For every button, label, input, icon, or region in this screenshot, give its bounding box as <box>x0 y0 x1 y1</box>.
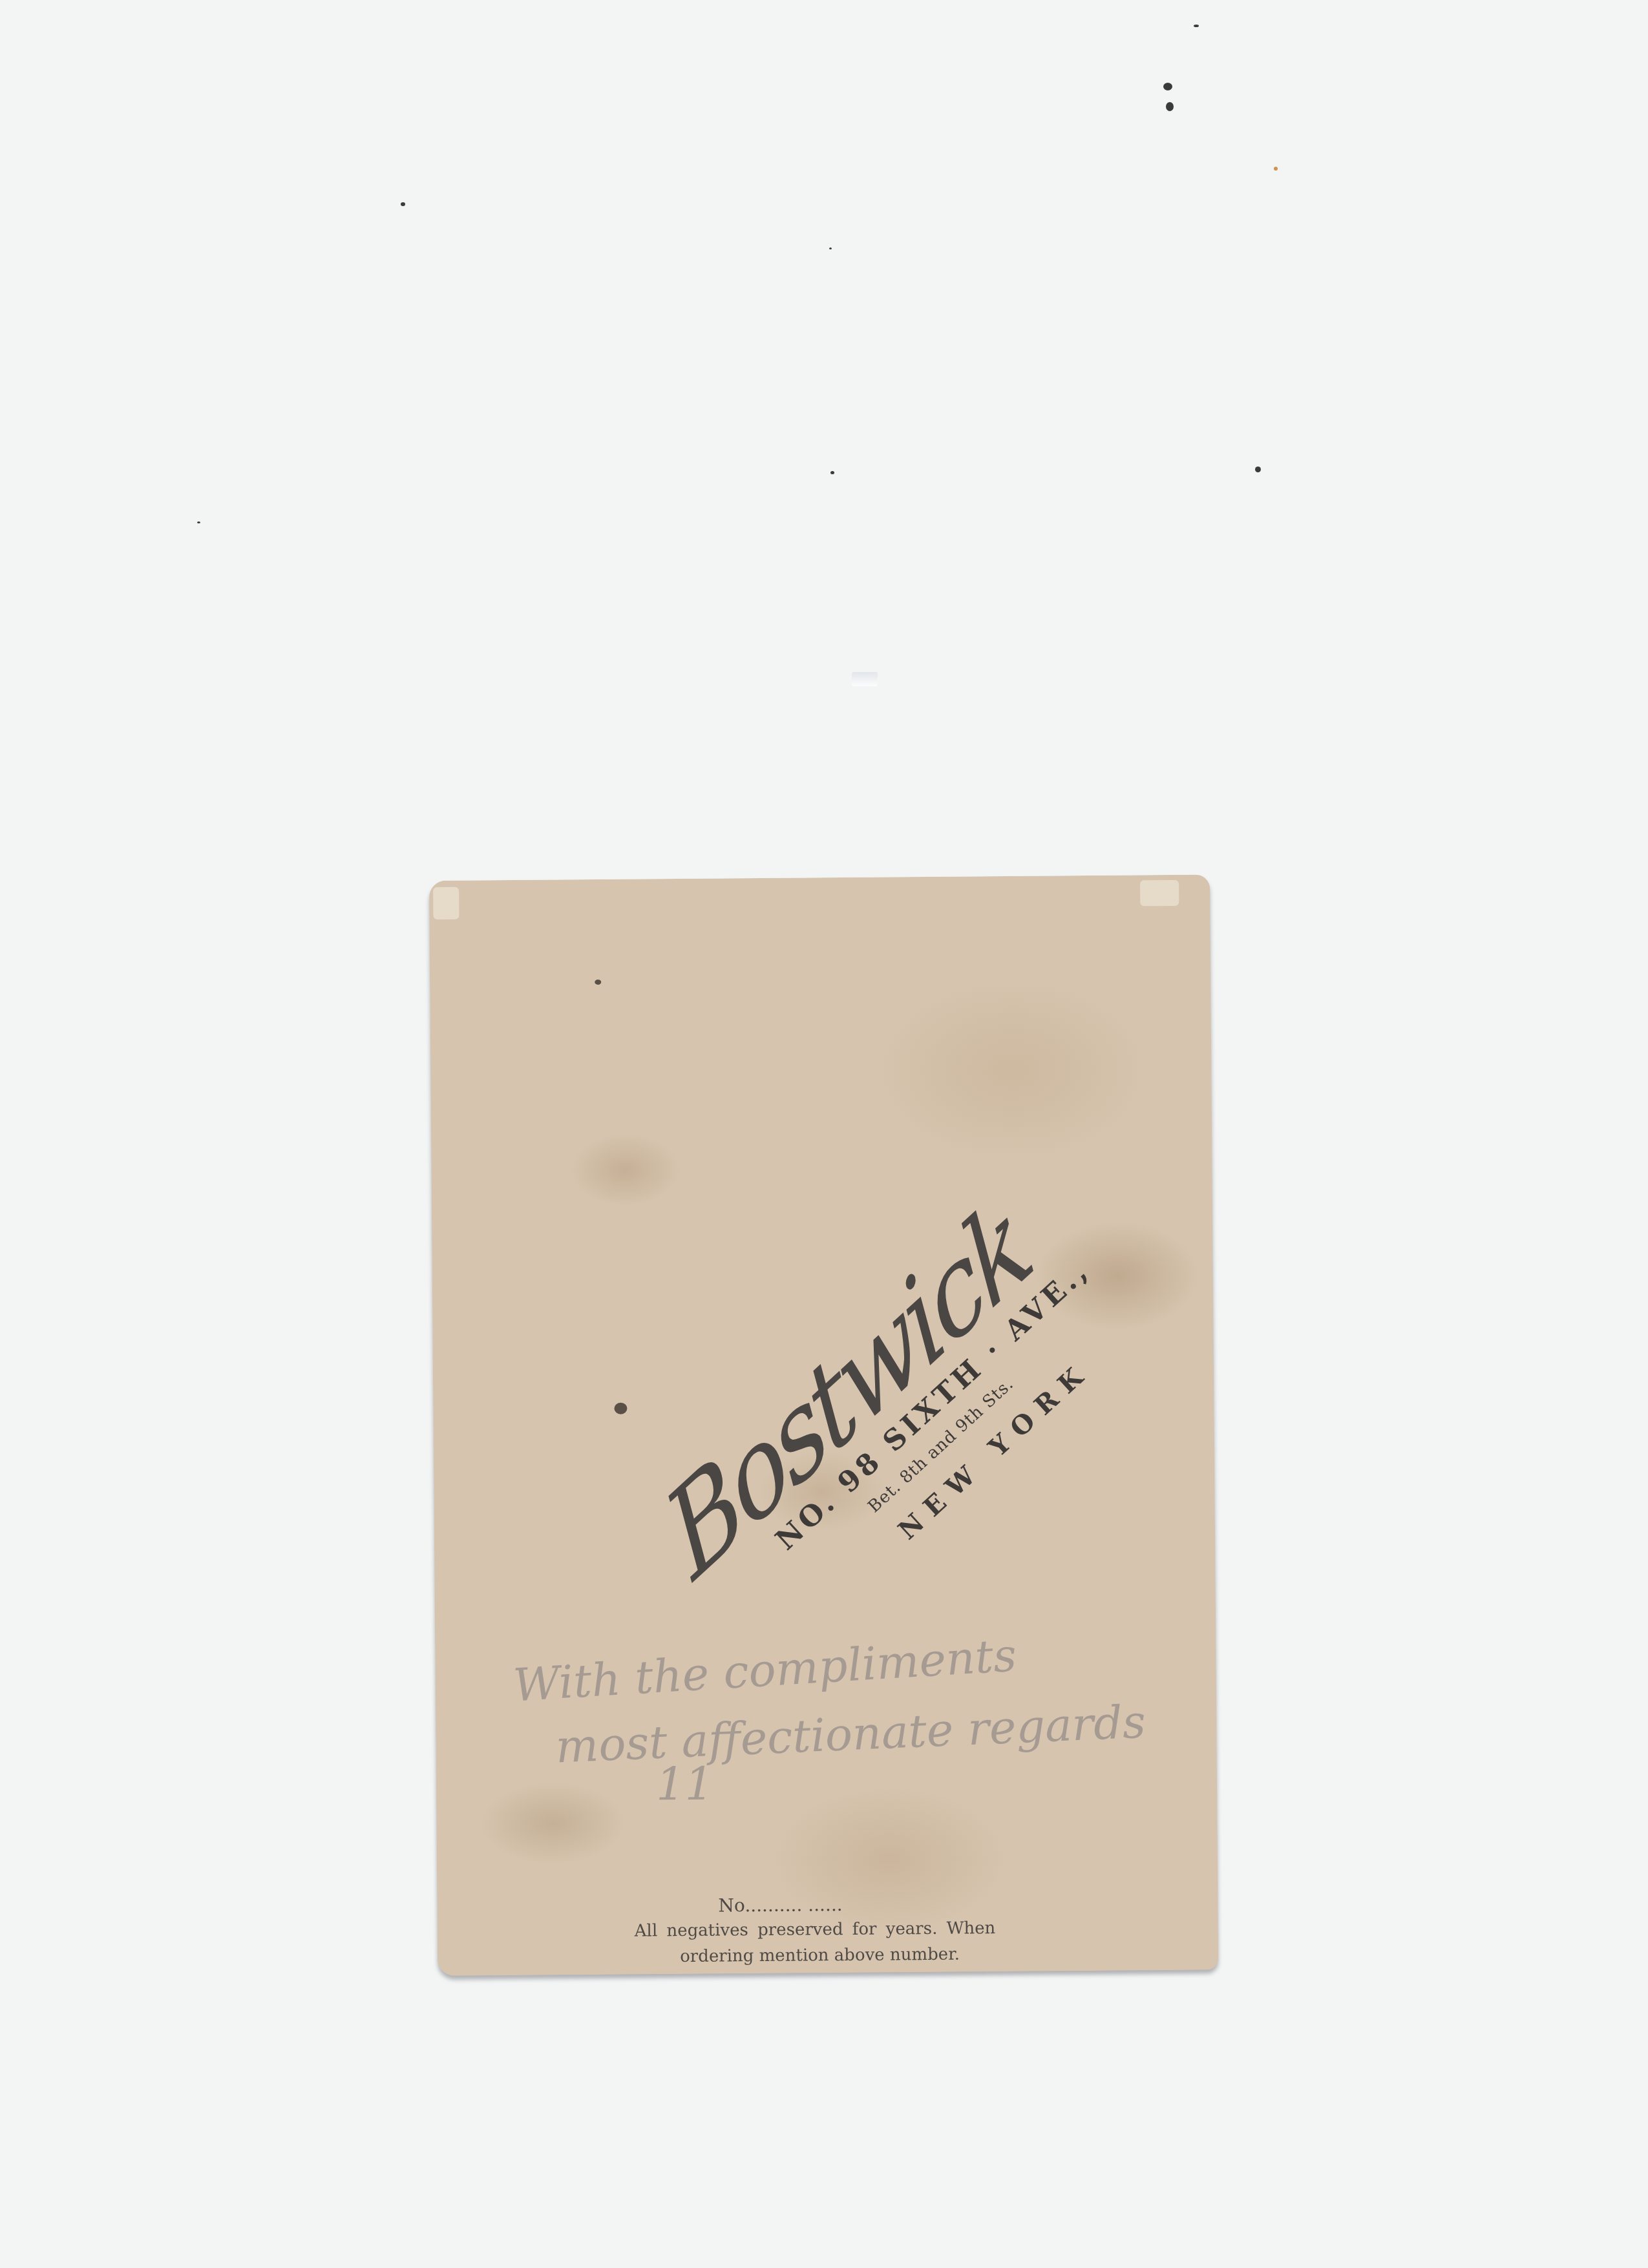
dust-speck <box>401 202 405 206</box>
negative-number-field: No.......... ...... <box>718 1894 842 1916</box>
dust-speck <box>1163 83 1172 90</box>
corner-wear <box>433 887 459 919</box>
scan-glare <box>852 672 878 686</box>
dust-speck <box>1274 167 1278 171</box>
dust-speck <box>829 247 832 249</box>
photo-card-back: Bostwick NO. 98 SIXTH · AVE., Bet. 8th a… <box>429 875 1218 1976</box>
inscription-line-2: most affectionate regards <box>555 1695 1146 1773</box>
notice-line-1: All negatives preserved for years. When <box>635 1918 996 1940</box>
stain-spot <box>595 980 601 985</box>
dust-speck <box>830 471 834 474</box>
dust-speck <box>197 521 200 523</box>
notice-line-2: ordering mention above number. <box>680 1945 960 1966</box>
dust-speck <box>1194 25 1199 27</box>
inscription-line-3: 11 <box>656 1758 714 1811</box>
inscription-line-1: With the compliments <box>512 1629 1018 1712</box>
corner-wear <box>1140 880 1179 906</box>
dust-speck <box>1166 102 1174 111</box>
studio-imprint: Bostwick NO. 98 SIXTH · AVE., Bet. 8th a… <box>573 1118 1134 1671</box>
dust-speck <box>1255 467 1261 472</box>
